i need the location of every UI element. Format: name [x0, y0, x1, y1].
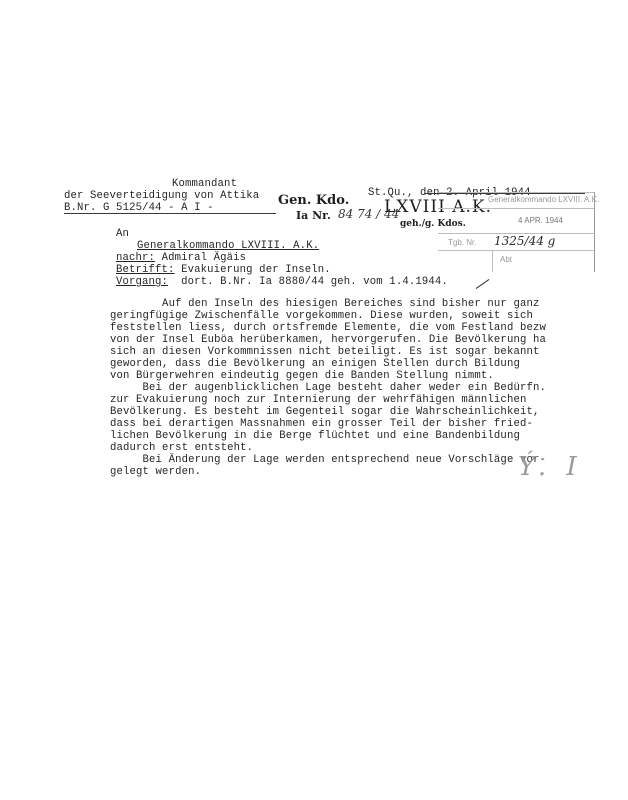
body-line: geringfügige Zwischenfälle vorgekommen. … — [110, 310, 533, 322]
sender-line2: der Seeverteidigung von Attika — [64, 190, 259, 202]
betrifft-value: Evakuierung der Inseln. — [181, 264, 331, 276]
sender-underline — [64, 213, 276, 214]
body-line: Bei Änderung der Lage werden entsprechen… — [110, 454, 546, 466]
body-line: Auf den Inseln des hiesigen Bereiches si… — [110, 298, 539, 310]
tgb-label: Tgb. Nr. — [448, 238, 476, 247]
document-page: Kommandant der Seeverteidigung von Attik… — [0, 0, 628, 800]
signature-initials: Ý. I — [518, 452, 583, 482]
body-line: dadurch erst entsteht. — [110, 442, 253, 454]
body-line: von Bürgerwehren eindeutig gegen die Ban… — [110, 370, 494, 382]
body-line: zur Evakuierung noch zur Internierung de… — [110, 394, 526, 406]
receipt-box-top — [438, 192, 594, 193]
receipt-box-divider3 — [438, 250, 594, 251]
sender-line1: Kommandant — [172, 178, 237, 190]
body-line: sich an diesen Vorkommnissen nicht betei… — [110, 346, 539, 358]
nachr-line: nachr: Admiral Ägäis — [116, 252, 246, 264]
body-line: feststellen liess, durch ortsfremde Elem… — [110, 322, 546, 334]
recipient: Generalkommando LXVIII. A.K. — [137, 240, 319, 252]
an-label: An — [116, 228, 129, 240]
ia-nr-label: Ia Nr. — [296, 209, 331, 222]
betrifft-line: Betrifft: Evakuierung der Inseln. — [116, 264, 331, 276]
body-line: von der Insel Euböa herüberkamen, hervor… — [110, 334, 546, 346]
betrifft-label: Betrifft: — [116, 264, 175, 276]
nachr-label: nachr: — [116, 252, 155, 264]
body-line: Bevölkerung. Es besteht im Gegenteil sog… — [110, 406, 539, 418]
vorgang-line: Vorgang: dort. B.Nr. Ia 8880/44 geh. vom… — [116, 276, 448, 288]
receipt-date: 4 APR. 1944 — [518, 216, 563, 225]
vorgang-label: Vorgang: — [116, 276, 168, 288]
receipt-box-vdivider — [492, 250, 493, 272]
nachr-value: Admiral Ägäis — [162, 252, 247, 264]
tgb-value: 1325/44 g — [494, 234, 555, 248]
vorgang-value: dort. B.Nr. Ia 8880/44 geh. vom 1.4.1944… — [181, 276, 448, 288]
body-line: geworden, dass die Bevölkerung an einige… — [110, 358, 520, 370]
body-line: Bei der augenblicklichen Lage besteht da… — [110, 382, 546, 394]
gen-kdo-stamp: Gen. Kdo. — [278, 193, 349, 208]
receipt-box-divider1 — [438, 208, 594, 209]
receipt-stamp-box: Generalkommando LXVIII. A.K. 4 APR. 1944… — [438, 192, 595, 272]
receipt-header: Generalkommando LXVIII. A.K. — [488, 195, 599, 204]
body-line: lichen Bevölkerung in die Berge flüchtet… — [110, 430, 520, 442]
vorgang-slash-mark — [476, 279, 490, 289]
body-line: dass bei derartigen Massnahmen ein gross… — [110, 418, 533, 430]
body-line: gelegt werden. — [110, 466, 201, 478]
abt-label: Abt — [500, 255, 512, 264]
